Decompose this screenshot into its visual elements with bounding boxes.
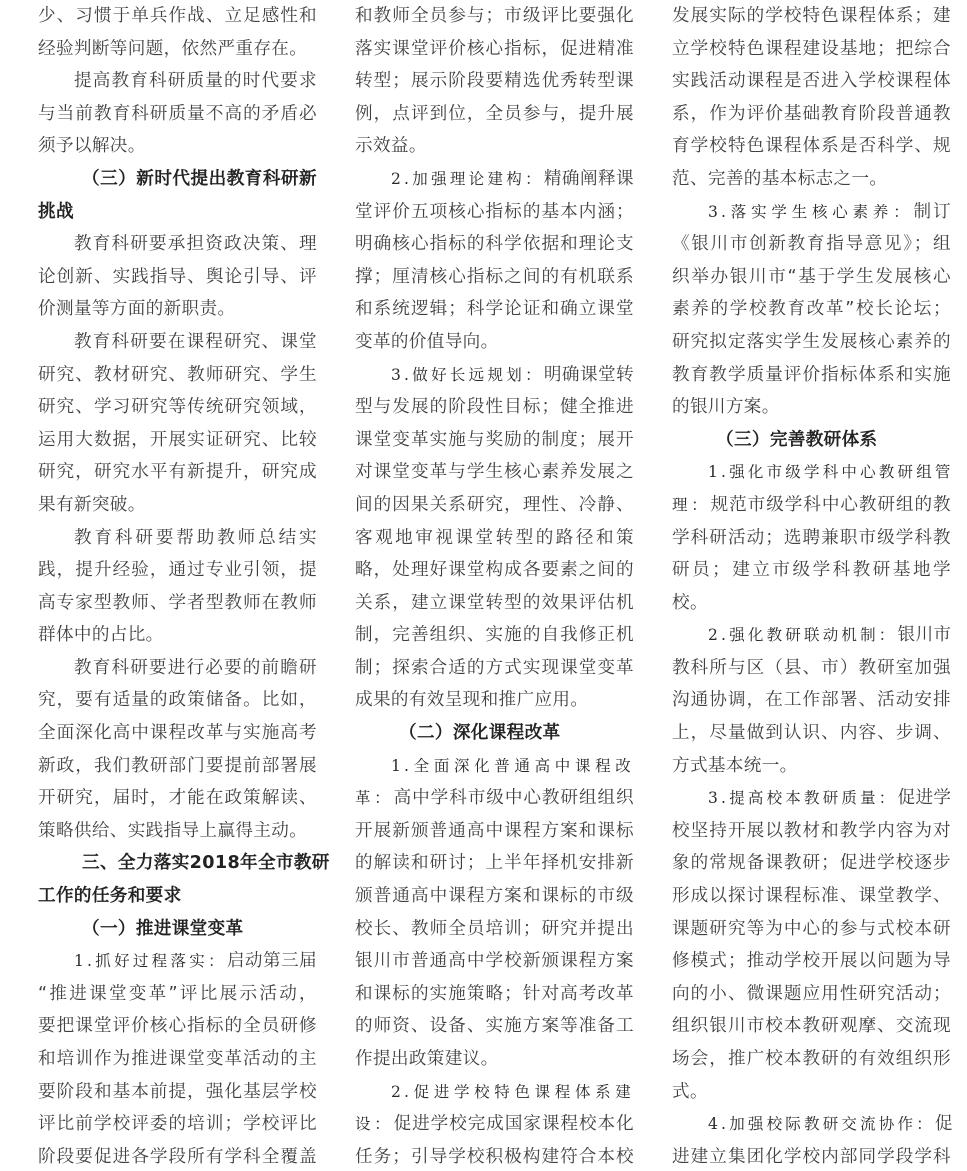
numbered-item-line: 4.加强校际教研交流协作：促 [672,1108,951,1141]
text-column-left: 少、习惯于单兵作战、立足感性和经验判断等问题，依然严重存在。提高教育科研质量的时… [38,0,317,1171]
text-line: 要阶段和基本前提，强化基层学校 [38,1076,317,1109]
text-line: 开研究，届时，才能在政策解读、 [38,782,317,815]
item-lead-label: 1.抓好过程落实： [74,952,227,970]
paragraph-first-line: 教育科研要帮助教师总结实 [38,522,317,555]
numbered-item-line: 2.促进学校特色课程体系建 [355,1076,634,1109]
text-line: 果有新突破。 [38,489,317,522]
text-line: 究，要有适量的政策储备。比如， [38,684,317,717]
text-line: 开展新颁普通高中课程方案和课标 [355,815,634,848]
text-line: 的银川方案。 [672,391,951,424]
text-line: 新政，我们教研部门要提前部署展 [38,750,317,783]
item-lead-label: 革： [355,789,394,807]
text-line: 《银川市创新教育指导意见》；组 [672,228,951,261]
text-line: “推进课堂变革”评比展示活动， [38,978,317,1011]
text-line: 上，尽量做到认识、内容、步调、 [672,717,951,750]
text-line: 研究，研究水平有新提升，研究成 [38,456,317,489]
text-line: 任务；引导学校积极构建符合本校 [355,1141,634,1171]
text-line: 织举办银川市“基于学生发展核心 [672,261,951,294]
item-lead-label: 理： [672,496,711,514]
text-line: 与当前教育科研质量不高的矛盾必 [38,98,317,131]
item-body-text: 促进学校完成国家课程校本化 [394,1114,634,1134]
item-lead-label: 2.促进学校特色课程体系建 [391,1083,634,1101]
paragraph-first-line: 教育科研要承担资政决策、理 [38,228,317,261]
text-line: 场会，推广校本教研的有效组织形 [672,1043,951,1076]
item-body-text: 促进学 [898,788,952,808]
numbered-item-line: 1.强化市级学科中心教研组管 [672,456,951,489]
item-lead-label: 2.强化教研联动机制： [708,626,898,644]
text-line: 经验判断等问题，依然严重存在。 [38,33,317,66]
text-line: 学科研活动；选聘兼职市级学科教 [672,522,951,555]
numbered-item-line: 2.加强理论建构：精确阐释课 [355,163,634,196]
text-line: 研究、学习研究等传统研究领域， [38,391,317,424]
section-heading: （三）新时代提出教育科研新 [38,163,317,196]
item-body-text: 制订 [914,202,952,222]
text-line: 校。 [672,587,951,620]
text-line: 示效益。 [355,130,634,163]
text-line: 作提出政策建议。 [355,1043,634,1076]
item-lead-label: 1.强化市级学科中心教研组管 [708,463,954,481]
text-line: 落实课堂评价核心指标，促进精准 [355,33,634,66]
item-body-text: 银川市 [898,625,952,645]
text-line: 范、完善的基本标志之一。 [672,163,951,196]
text-line: 和课标的实施策略；针对高考改革 [355,978,634,1011]
text-line: 和教师全员参与；市级评比要强化 [355,0,634,33]
text-line: 践，提升经验，通过专业引领，提 [38,554,317,587]
numbered-item-line: 1.全面深化普通高中课程改 [355,750,634,783]
numbered-item-line: 设：促进学校完成国家课程校本化 [355,1108,634,1141]
numbered-item-line: 革：高中学科市级中心教研组组织 [355,782,634,815]
text-line: 校长、教师全员培训；研究并提出 [355,913,634,946]
paragraph-first-line: 教育科研要在课程研究、课堂 [38,326,317,359]
text-line: 论创新、实践指导、舆论引导、评 [38,261,317,294]
text-line: 研员；建立市级学科教研基地学 [672,554,951,587]
text-line: 运用大数据，开展实证研究、比较 [38,424,317,457]
numbered-item-line: 3.落实学生核心素养：制订 [672,196,951,229]
item-lead-label: 3.提高校本教研质量： [708,789,898,807]
text-line: 策略供给、实践指导上赢得主动。 [38,815,317,848]
text-line: 阶段要促进各学段所有学科全覆盖 [38,1141,317,1171]
text-line: 间的因果关系研究，理性、冷静、 [355,489,634,522]
text-line: 育学校特色课程体系是否科学、规 [672,130,951,163]
item-lead-label: 3.做好长远规划： [391,366,544,384]
paragraph-first-line: 教育科研要进行必要的前瞻研 [38,652,317,685]
item-lead-label: 4.加强校际教研交流协作： [708,1115,935,1133]
item-body-text: 启动第三届 [227,951,317,971]
text-line: 象的常规备课教研；促进学校逐步 [672,847,951,880]
subsection-heading: （二）深化课程改革 [355,717,634,750]
text-line: 校坚持开展以教材和教学内容为对 [672,815,951,848]
text-line: 撑；厘清核心指标之间的有机联系 [355,261,634,294]
numbered-item-line: 2.强化教研联动机制：银川市 [672,619,951,652]
subsection-heading: （三）完善教研体系 [672,424,951,457]
item-body-text: 精确阐释课 [544,169,634,189]
item-lead-label: 2.加强理论建构： [391,170,544,188]
text-line: 评比前学校评委的培训；学校评比 [38,1108,317,1141]
text-line: 须予以解决。 [38,130,317,163]
text-line: 研究拟定落实学生发展核心素养的 [672,326,951,359]
text-line: 变革的价值导向。 [355,326,634,359]
text-line: 制；探索合适的方式实现课堂变革 [355,652,634,685]
item-lead-label: 1.全面深化普通高中课程改 [391,757,634,775]
text-line: 教科所与区（县、市）教研室加强 [672,652,951,685]
text-line: 的师资、设备、实施方案等准备工 [355,1010,634,1043]
text-line: 关系，建立课堂转型的效果评估机 [355,587,634,620]
text-line: 组织银川市校本教研观摩、交流现 [672,1010,951,1043]
section-heading: 三、全力落实2018年全市教研 [38,847,317,880]
text-line: 群体中的占比。 [38,619,317,652]
text-line: 素养的学校教育改革”校长论坛； [672,293,951,326]
item-body-text: 规范市级学科中心教研组的教 [711,495,951,515]
text-line: 研究、教材研究、教师研究、学生 [38,359,317,392]
numbered-item-line: 3.做好长远规划：明确课堂转 [355,359,634,392]
numbered-item-line: 1.抓好过程落实：启动第三届 [38,945,317,978]
text-line: 方式基本统一。 [672,750,951,783]
text-line: 对课堂变革与学生核心素养发展之 [355,456,634,489]
text-line: 少、习惯于单兵作战、立足感性和 [38,0,317,33]
text-line: 颁普通高中课程方案和课标的市级 [355,880,634,913]
text-line: 例，点评到位，全员参与，提升展 [355,98,634,131]
text-line: 形成以探讨课程标准、课堂教学、 [672,880,951,913]
text-line: 略，处理好课堂构成各要素之间的 [355,554,634,587]
subsection-heading: （一）推进课堂变革 [38,913,317,946]
text-line: 银川市普通高中学校新颁课程方案 [355,945,634,978]
text-line: 高专家型教师、学者型教师在教师 [38,587,317,620]
text-line: 全面深化高中课程改革与实施高考 [38,717,317,750]
text-line: 向的小、微课题应用性研究活动； [672,978,951,1011]
item-lead-label: 3.落实学生核心素养： [708,203,914,221]
text-line: 型与发展的阶段性目标；健全推进 [355,391,634,424]
text-column-right: 发展实际的学校特色课程体系；建立学校特色课程建设基地；把综合实践活动课程是否进入… [672,0,951,1171]
text-line: 修模式；推动学校开展以问题为导 [672,945,951,978]
text-column-middle: 和教师全员参与；市级评比要强化落实课堂评价核心指标，促进精准转型；展示阶段要精选… [355,0,634,1171]
text-line: 立学校特色课程建设基地；把综合 [672,33,951,66]
text-line: 课堂变革实施与奖励的制度；展开 [355,424,634,457]
text-line: 发展实际的学校特色课程体系；建 [672,0,951,33]
text-line: 制，完善组织、实施的自我修正机 [355,619,634,652]
text-line: 价测量等方面的新职责。 [38,293,317,326]
text-line: 沟通协调，在工作部署、活动安排 [672,684,951,717]
text-line: 堂评价五项核心指标的基本内涵； [355,196,634,229]
text-line: 转型；展示阶段要精选优秀转型课 [355,65,634,98]
text-line: 进建立集团化学校内部同学段学科 [672,1141,951,1171]
section-heading: 挑战 [38,196,317,229]
text-line: 和系统逻辑；科学论证和确立课堂 [355,293,634,326]
paragraph-first-line: 提高教育科研质量的时代要求 [38,65,317,98]
text-line: 和培训作为推进课堂变革活动的主 [38,1043,317,1076]
text-line: 式。 [672,1076,951,1109]
item-body-text: 促 [935,1114,953,1134]
section-heading: 工作的任务和要求 [38,880,317,913]
item-body-text: 高中学科市级中心教研组组织 [394,788,634,808]
text-line: 系，作为评价基础教育阶段普通教 [672,98,951,131]
text-line: 成果的有效呈现和推广应用。 [355,684,634,717]
text-line: 客观地审视课堂转型的路径和策 [355,522,634,555]
text-line: 课题研究等为中心的参与式校本研 [672,913,951,946]
numbered-item-line: 3.提高校本教研质量：促进学 [672,782,951,815]
numbered-item-line: 理：规范市级学科中心教研组的教 [672,489,951,522]
text-line: 明确核心指标的科学依据和理论支 [355,228,634,261]
item-lead-label: 设： [355,1115,394,1133]
text-line: 实践活动课程是否进入学校课程体 [672,65,951,98]
text-line: 的解读和研讨；上半年择机安排新 [355,847,634,880]
document-page: 少、习惯于单兵作战、立足感性和经验判断等问题，依然严重存在。提高教育科研质量的时… [0,0,967,1171]
text-line: 教育教学质量评价指标体系和实施 [672,359,951,392]
text-line: 要把课堂评价核心指标的全员研修 [38,1010,317,1043]
item-body-text: 明确课堂转 [544,365,634,385]
